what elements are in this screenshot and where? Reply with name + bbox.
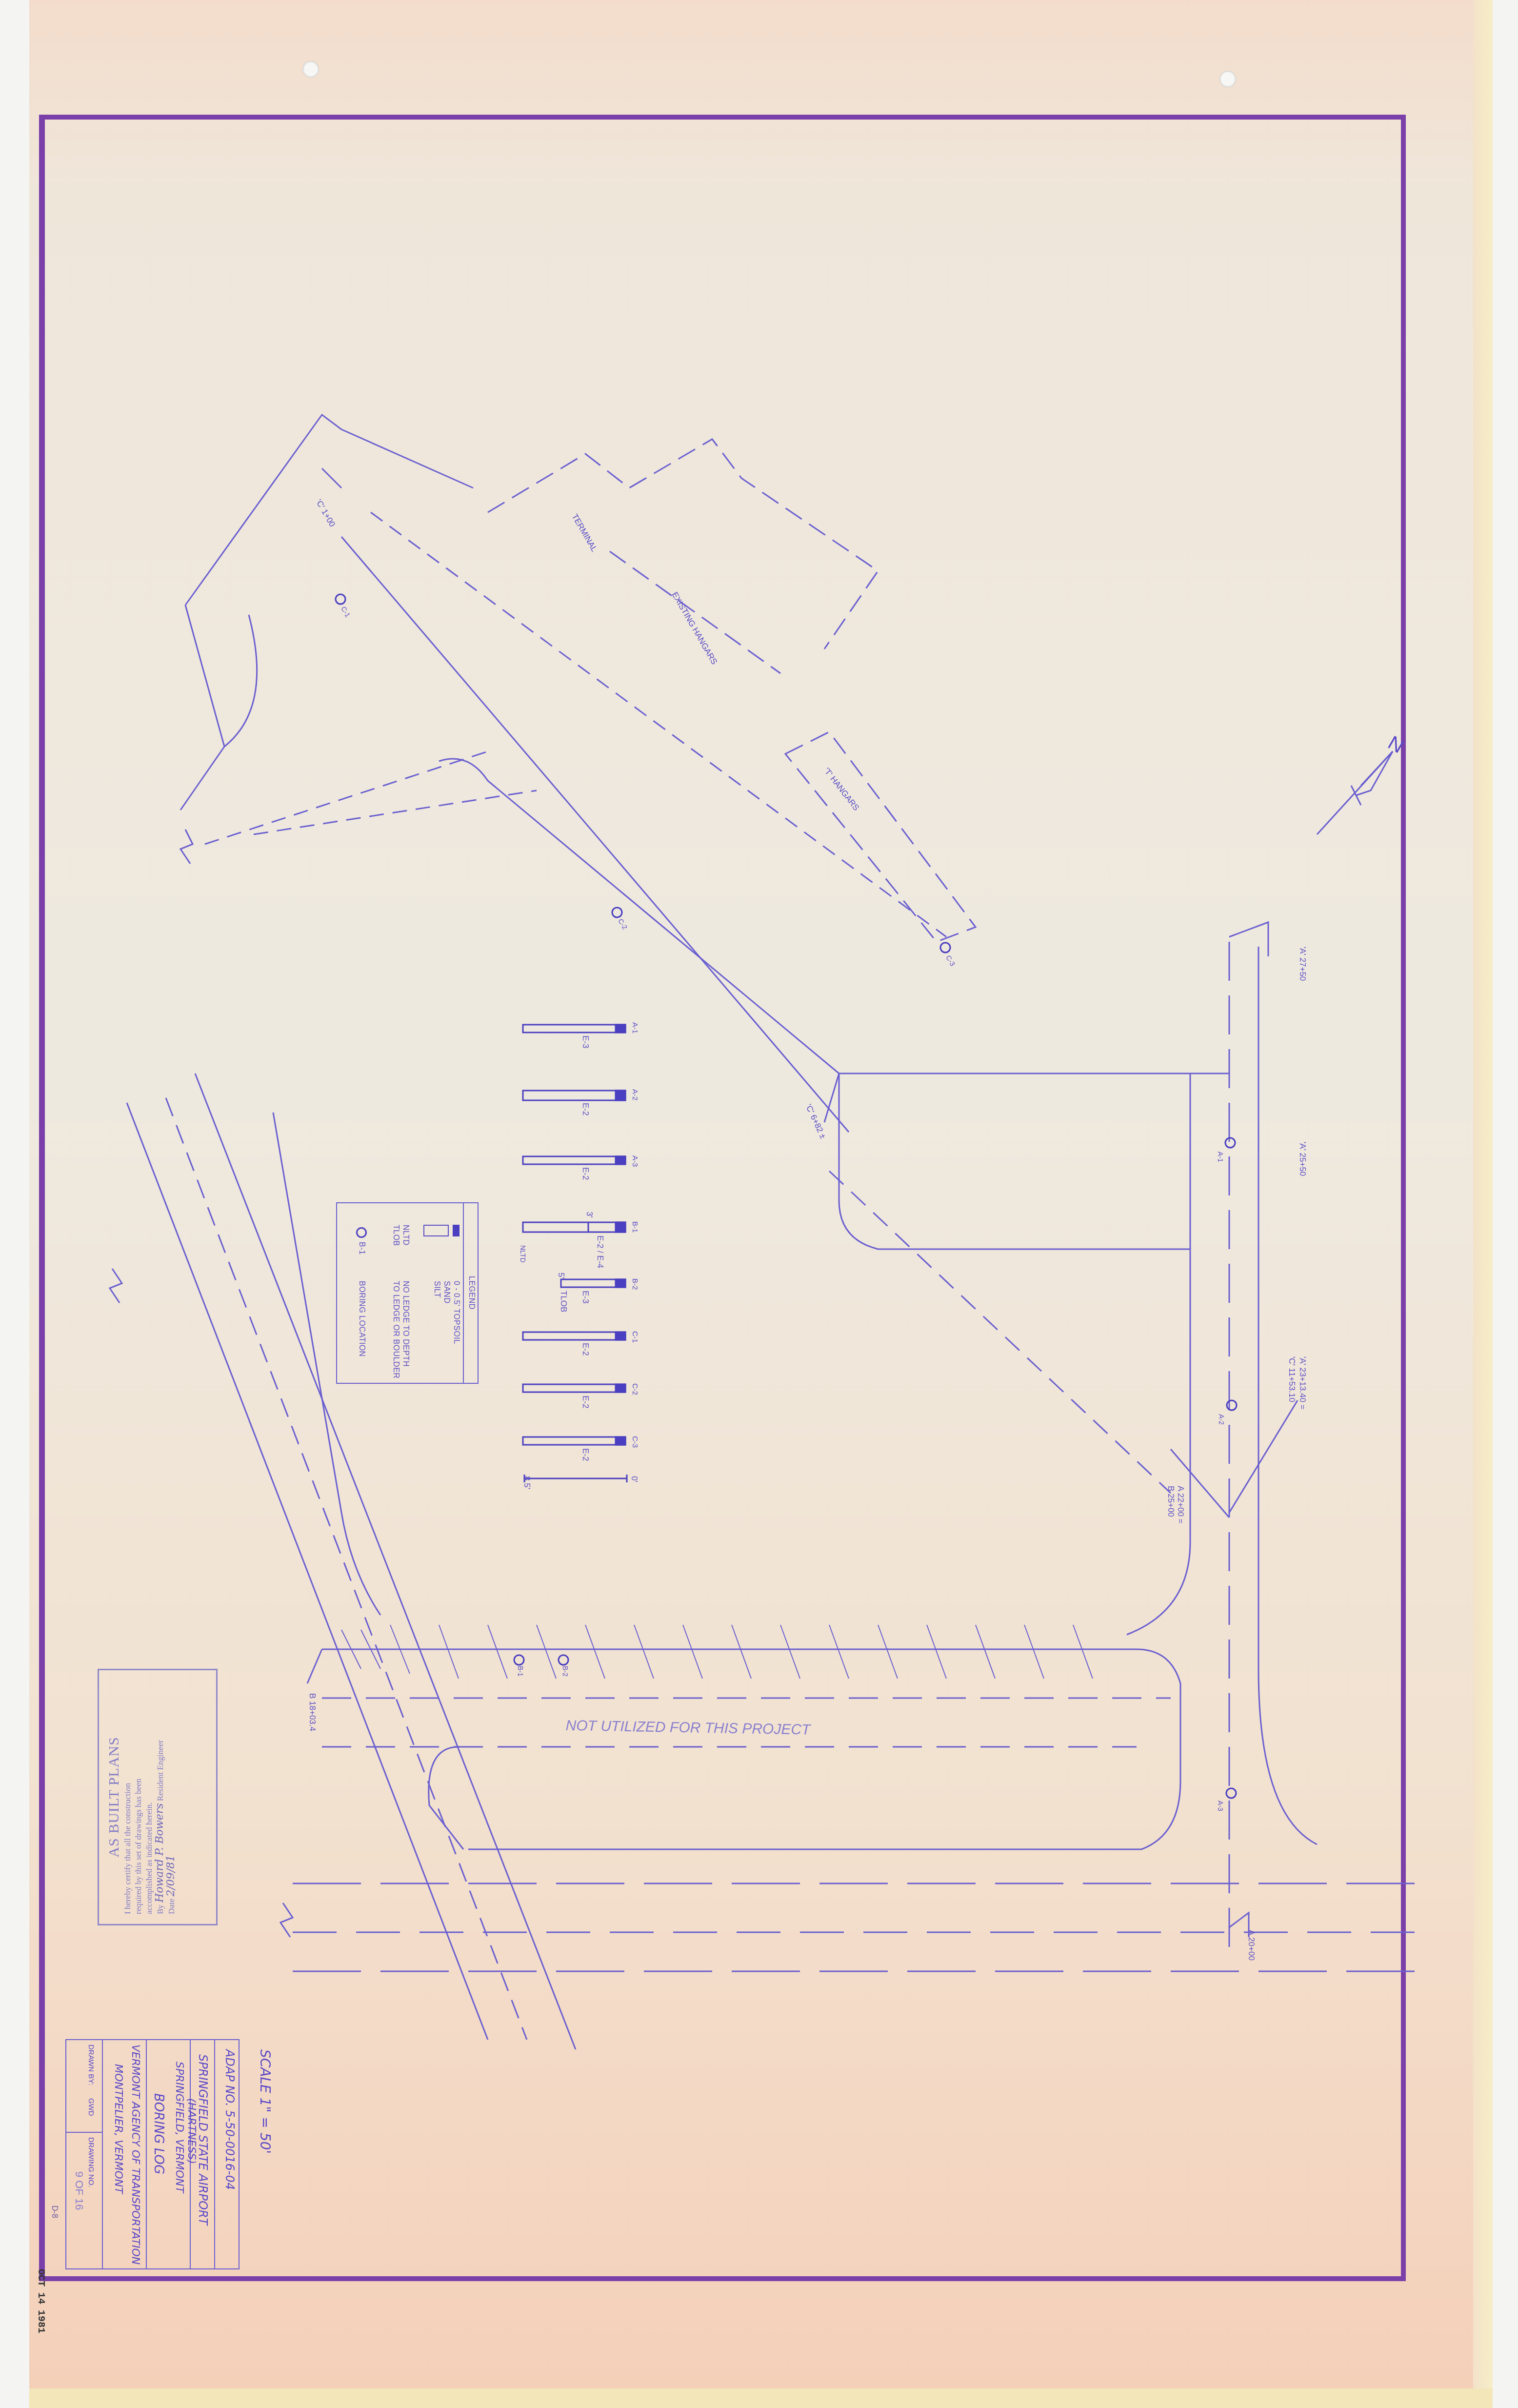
engineer-signature: Howard P. Bowers — [154, 1803, 166, 1902]
log-id-b1: B-1 — [631, 1221, 639, 1233]
station-a-20-00: A 20+00 — [1246, 1930, 1256, 1961]
log-class-a3: E-2 — [580, 1167, 590, 1180]
log-note-b2: TLOB — [559, 1291, 568, 1312]
boring-location-a3: A-3 — [1217, 1801, 1224, 1811]
taxiway-c-edge — [439, 759, 1229, 1073]
log-note-b1: NLTD — [519, 1245, 527, 1263]
airport-location: SPRINGFIELD, VERMONT — [173, 2062, 185, 2193]
legend-boring-location: BORING LOCATION — [357, 1281, 366, 1357]
as-built-line: I hereby certify that all the constructi… — [122, 1680, 133, 1914]
log-break-b2: 5' — [556, 1273, 566, 1279]
log-class-c2: E-2 — [580, 1396, 590, 1408]
received-date-stamp: OCT 14 1981 — [35, 2269, 46, 2333]
log-id-c3: C-3 — [631, 1436, 639, 1448]
log-class-c3: E-2 — [580, 1448, 590, 1461]
log-id-c1: C-1 — [631, 1331, 639, 1343]
legend-nltd-code: NLTD — [401, 1225, 410, 1246]
station-b-18-03: B 18+03.4 — [307, 1693, 317, 1731]
depth-scale-bottom: 8.5' — [522, 1476, 532, 1489]
legend-silt: SILT — [432, 1281, 441, 1298]
agency-city: MONTPELIER, VERMONT — [112, 2064, 124, 2194]
taxiway-b-edge — [322, 1649, 1180, 1849]
topsoil-swatch-icon — [453, 1225, 459, 1236]
legend-tlob: TO LEDGE OR BOULDER — [391, 1281, 400, 1378]
as-built-by-label: By — [156, 1904, 165, 1914]
station-a-22-00: A 22+00 = — [1176, 1486, 1185, 1524]
airport-name: SPRINGFIELD STATE AIRPORT — [196, 2054, 210, 2225]
as-built-line: required by this set of drawings has bee… — [133, 1680, 144, 1914]
t-hangars-outline — [785, 732, 976, 942]
as-built-date: 2/09/81 — [165, 1855, 177, 1897]
agency-name: VERMONT AGENCY OF TRANSPORTATION — [129, 2044, 141, 2265]
legend-nltd: NO LEDGE TO DEPTH — [401, 1281, 410, 1367]
boring-location-a2: A-2 — [1218, 1414, 1225, 1425]
log-class-c1: E-2 — [580, 1343, 590, 1356]
boring-marker-icon — [356, 1227, 367, 1238]
station-a-23-13: 'A' 23+13.40 = — [1298, 1356, 1307, 1410]
drawn-by-label: DRAWN BY: — [87, 2044, 95, 2085]
as-built-date-label: Date — [167, 1899, 176, 1914]
as-built-role: Resident Engineer — [156, 1740, 165, 1801]
station-a-25-50: 'A' 25+50 — [1298, 1142, 1307, 1176]
legend-boring-code: B-1 — [357, 1242, 366, 1255]
boring-location-b2: B-2 — [561, 1666, 569, 1677]
legend-topsoil: 0 - 0.5' TOPSOIL — [452, 1281, 460, 1344]
apron-outline — [185, 415, 473, 747]
drawing-no-value: 9 OF 16 — [73, 2171, 85, 2210]
depth-scale-top: 0' — [629, 1476, 639, 1482]
sand-silt-swatch-icon — [423, 1225, 449, 1236]
as-built-stamp: AS BUILT PLANS I hereby certify that all… — [98, 1669, 218, 1925]
log-id-c2: C-2 — [631, 1383, 639, 1395]
log-id-a2: A-2 — [631, 1089, 639, 1100]
as-built-title: AS BUILT PLANS — [106, 1680, 122, 1914]
scale-label: SCALE 1" = 50' — [257, 2049, 273, 2154]
station-c-11-53: 'C' 11+53.10 — [1287, 1356, 1297, 1402]
station-b-25-00: B 25+00 — [1166, 1486, 1176, 1517]
log-id-a3: A-3 — [631, 1155, 639, 1167]
drawing-title: BORING LOG — [151, 2093, 166, 2174]
project-number: ADAP NO. 5-50-0016-04 — [223, 2049, 237, 2190]
station-a-27-50: 'A' 27+50 — [1298, 947, 1307, 981]
legend-title: LEGEND — [467, 1276, 476, 1310]
boring-log-bars — [523, 1025, 627, 1482]
log-class-b1: E-2 / E-4 — [595, 1235, 605, 1268]
drawn-by-value: GWD — [87, 2098, 95, 2116]
boring-location-a1: A-1 — [1217, 1152, 1224, 1162]
as-built-line: accomplished as indicated herein. — [144, 1680, 155, 1914]
log-id-b2: B-2 — [631, 1278, 639, 1290]
legend-sand: SAND — [442, 1281, 451, 1303]
legend-box: LEGEND 0 - 0.5' TOPSOIL SAND SILT NLTD N… — [337, 1203, 478, 1383]
log-class-a1: E-3 — [580, 1035, 590, 1048]
drawing-no-label: DRAWING NO. — [87, 2137, 95, 2187]
log-class-a2: E-2 — [580, 1103, 590, 1115]
log-class-b2: E-3 — [580, 1291, 590, 1303]
legend-tlob-code: TLOB — [391, 1225, 400, 1246]
boring-location-b1: B-1 — [517, 1666, 524, 1677]
log-id-a1: A-1 — [631, 1022, 639, 1033]
log-break-b1: 3' — [584, 1212, 594, 1218]
site-plan — [0, 0, 1518, 2408]
airport-alt-name: (HARTNESS) — [185, 2098, 198, 2164]
sheet-code: D-8 — [50, 2206, 59, 2218]
boring-markers — [336, 594, 1237, 1798]
